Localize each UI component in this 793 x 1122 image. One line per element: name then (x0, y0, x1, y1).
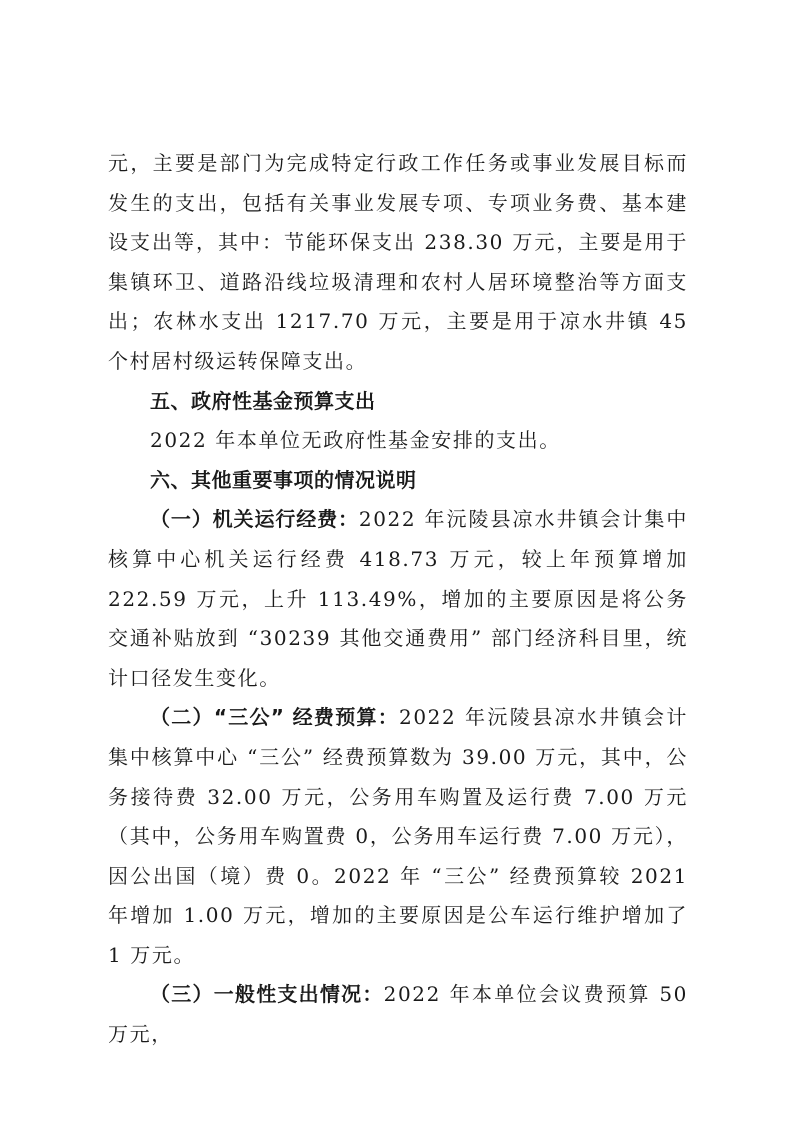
paragraph-operating-expenses: （一）机关运行经费：2022 年沅陵县凉水井镇会计集中核算中心机关运行经费 41… (108, 500, 688, 698)
paragraph-general-expenditure: （三）一般性支出情况：2022 年本单位会议费预算 50 万元， (108, 975, 688, 1054)
operating-expenses-text: 2022 年沅陵县凉水井镇会计集中核算中心机关运行经费 418.73 万元，较上… (108, 507, 688, 689)
three-public-expenses-text: 2022 年沅陵县凉水井镇会计集中核算中心 “三公” 经费预算数为 39.00 … (108, 705, 688, 967)
paragraph-project-expenditure: 元，主要是部门为完成特定行政工作任务或事业发展目标而发生的支出，包括有关事业发展… (108, 144, 688, 382)
document-page: 元，主要是部门为完成特定行政工作任务或事业发展目标而发生的支出，包括有关事业发展… (108, 144, 688, 1055)
subheading-three-public-expenses: （二）“三公” 经费预算： (150, 705, 399, 729)
section-heading-other-matters: 六、其他重要事项的情况说明 (108, 461, 688, 501)
section-heading-government-fund: 五、政府性基金预算支出 (108, 382, 688, 422)
subheading-general-expenditure: （三）一般性支出情况： (150, 982, 384, 1006)
paragraph-three-public-expenses: （二）“三公” 经费预算：2022 年沅陵县凉水井镇会计集中核算中心 “三公” … (108, 698, 688, 975)
subheading-operating-expenses: （一）机关运行经费： (150, 507, 359, 531)
paragraph-government-fund: 2022 年本单位无政府性基金安排的支出。 (108, 421, 688, 461)
